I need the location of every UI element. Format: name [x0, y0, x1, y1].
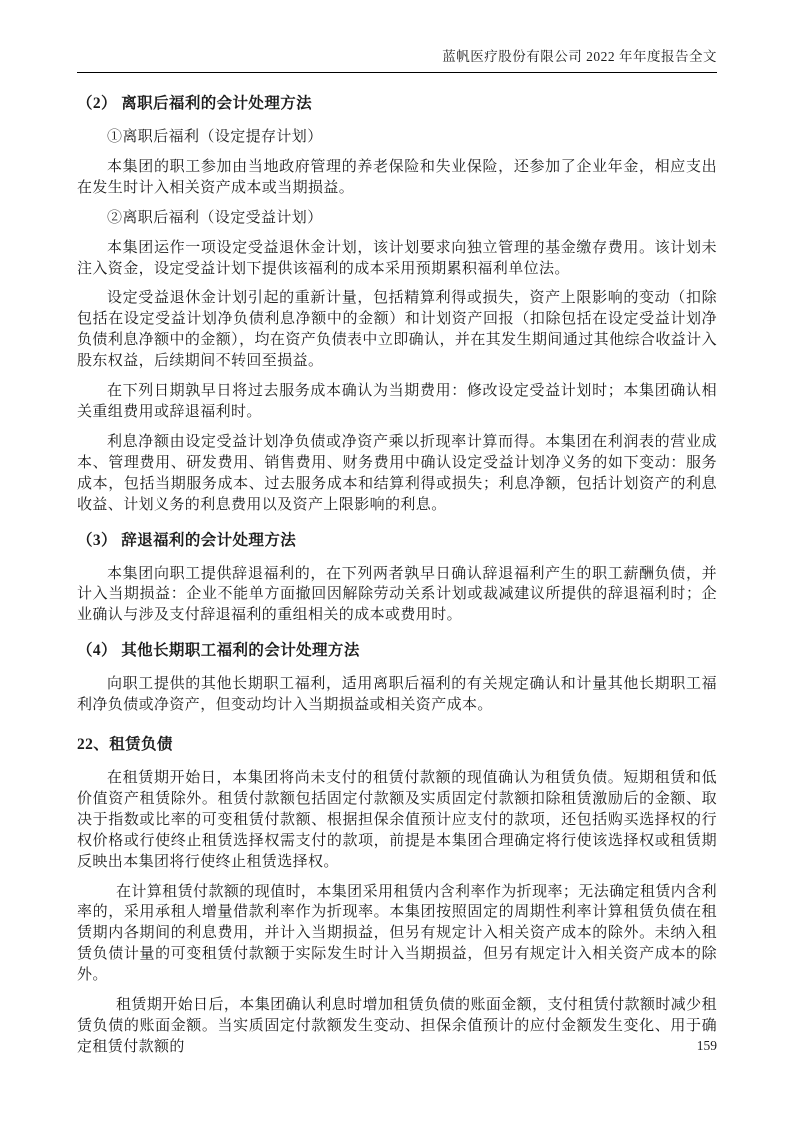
section-heading-post-employment-benefits: （2） 离职后福利的会计处理方法: [77, 93, 717, 115]
paragraph-lease-subsequent-measurement: 租赁期开始日后，本集团确认利息时增加租赁负债的账面金额，支付租赁付款额时减少租赁…: [77, 995, 717, 1058]
section-heading-termination-benefits: （3） 辞退福利的会计处理方法: [77, 530, 717, 552]
subsection-heading-defined-contribution-plan: ①离职后福利（设定提存计划）: [77, 127, 717, 148]
paragraph-net-interest: 利息净额由设定受益计划净负债或净资产乘以折现率计算而得。本集团在利润表的营业成本…: [77, 432, 717, 516]
paragraph-lease-discount-rate: 在计算租赁付款额的现值时，本集团采用租赁内含利率作为折现率；无法确定租赁内含利率…: [77, 882, 717, 987]
paragraph-termination-benefits: 本集团向职工提供辞退福利的，在下列两者孰早日确认辞退福利产生的职工薪酬负债，并计…: [77, 564, 717, 627]
document-body: （2） 离职后福利的会计处理方法 ①离职后福利（设定提存计划） 本集团的职工参加…: [0, 73, 794, 1058]
section-heading-other-long-term-benefits: （4） 其他长期职工福利的会计处理方法: [77, 640, 717, 662]
paragraph-defined-benefit-plan-operation: 本集团运作一项设定受益退休金计划，该计划要求向独立管理的基金缴存费用。该计划未注…: [77, 238, 717, 280]
paragraph-remeasurement: 设定受益退休金计划引起的重新计量，包括精算利得或损失，资产上限影响的变动（扣除包…: [77, 288, 717, 372]
paragraph-other-long-term-benefits: 向职工提供的其他长期职工福利，适用离职后福利的有关规定确认和计量其他长期职工福利…: [77, 674, 717, 716]
chapter-heading-lease-liabilities: 22、租赁负债: [77, 734, 717, 756]
page-number: 159: [697, 1038, 717, 1054]
paragraph-past-service-cost: 在下列日期孰早日将过去服务成本确认为当期费用：修改设定受益计划时；本集团确认相关…: [77, 381, 717, 423]
report-title-header: 蓝帆医疗股份有限公司 2022 年年度报告全文: [77, 48, 717, 65]
paragraph-lease-liability-recognition: 在租赁期开始日，本集团将尚未支付的租赁付款额的现值确认为租赁负债。短期租赁和低价…: [77, 768, 717, 873]
subsection-heading-defined-benefit-plan: ②离职后福利（设定受益计划）: [77, 208, 717, 229]
page-header: 蓝帆医疗股份有限公司 2022 年年度报告全文: [0, 0, 794, 73]
paragraph-defined-contribution-plan: 本集团的职工参加由当地政府管理的养老保险和失业保险，还参加了企业年金，相应支出在…: [77, 157, 717, 199]
report-page: 蓝帆医疗股份有限公司 2022 年年度报告全文 （2） 离职后福利的会计处理方法…: [0, 0, 794, 1123]
